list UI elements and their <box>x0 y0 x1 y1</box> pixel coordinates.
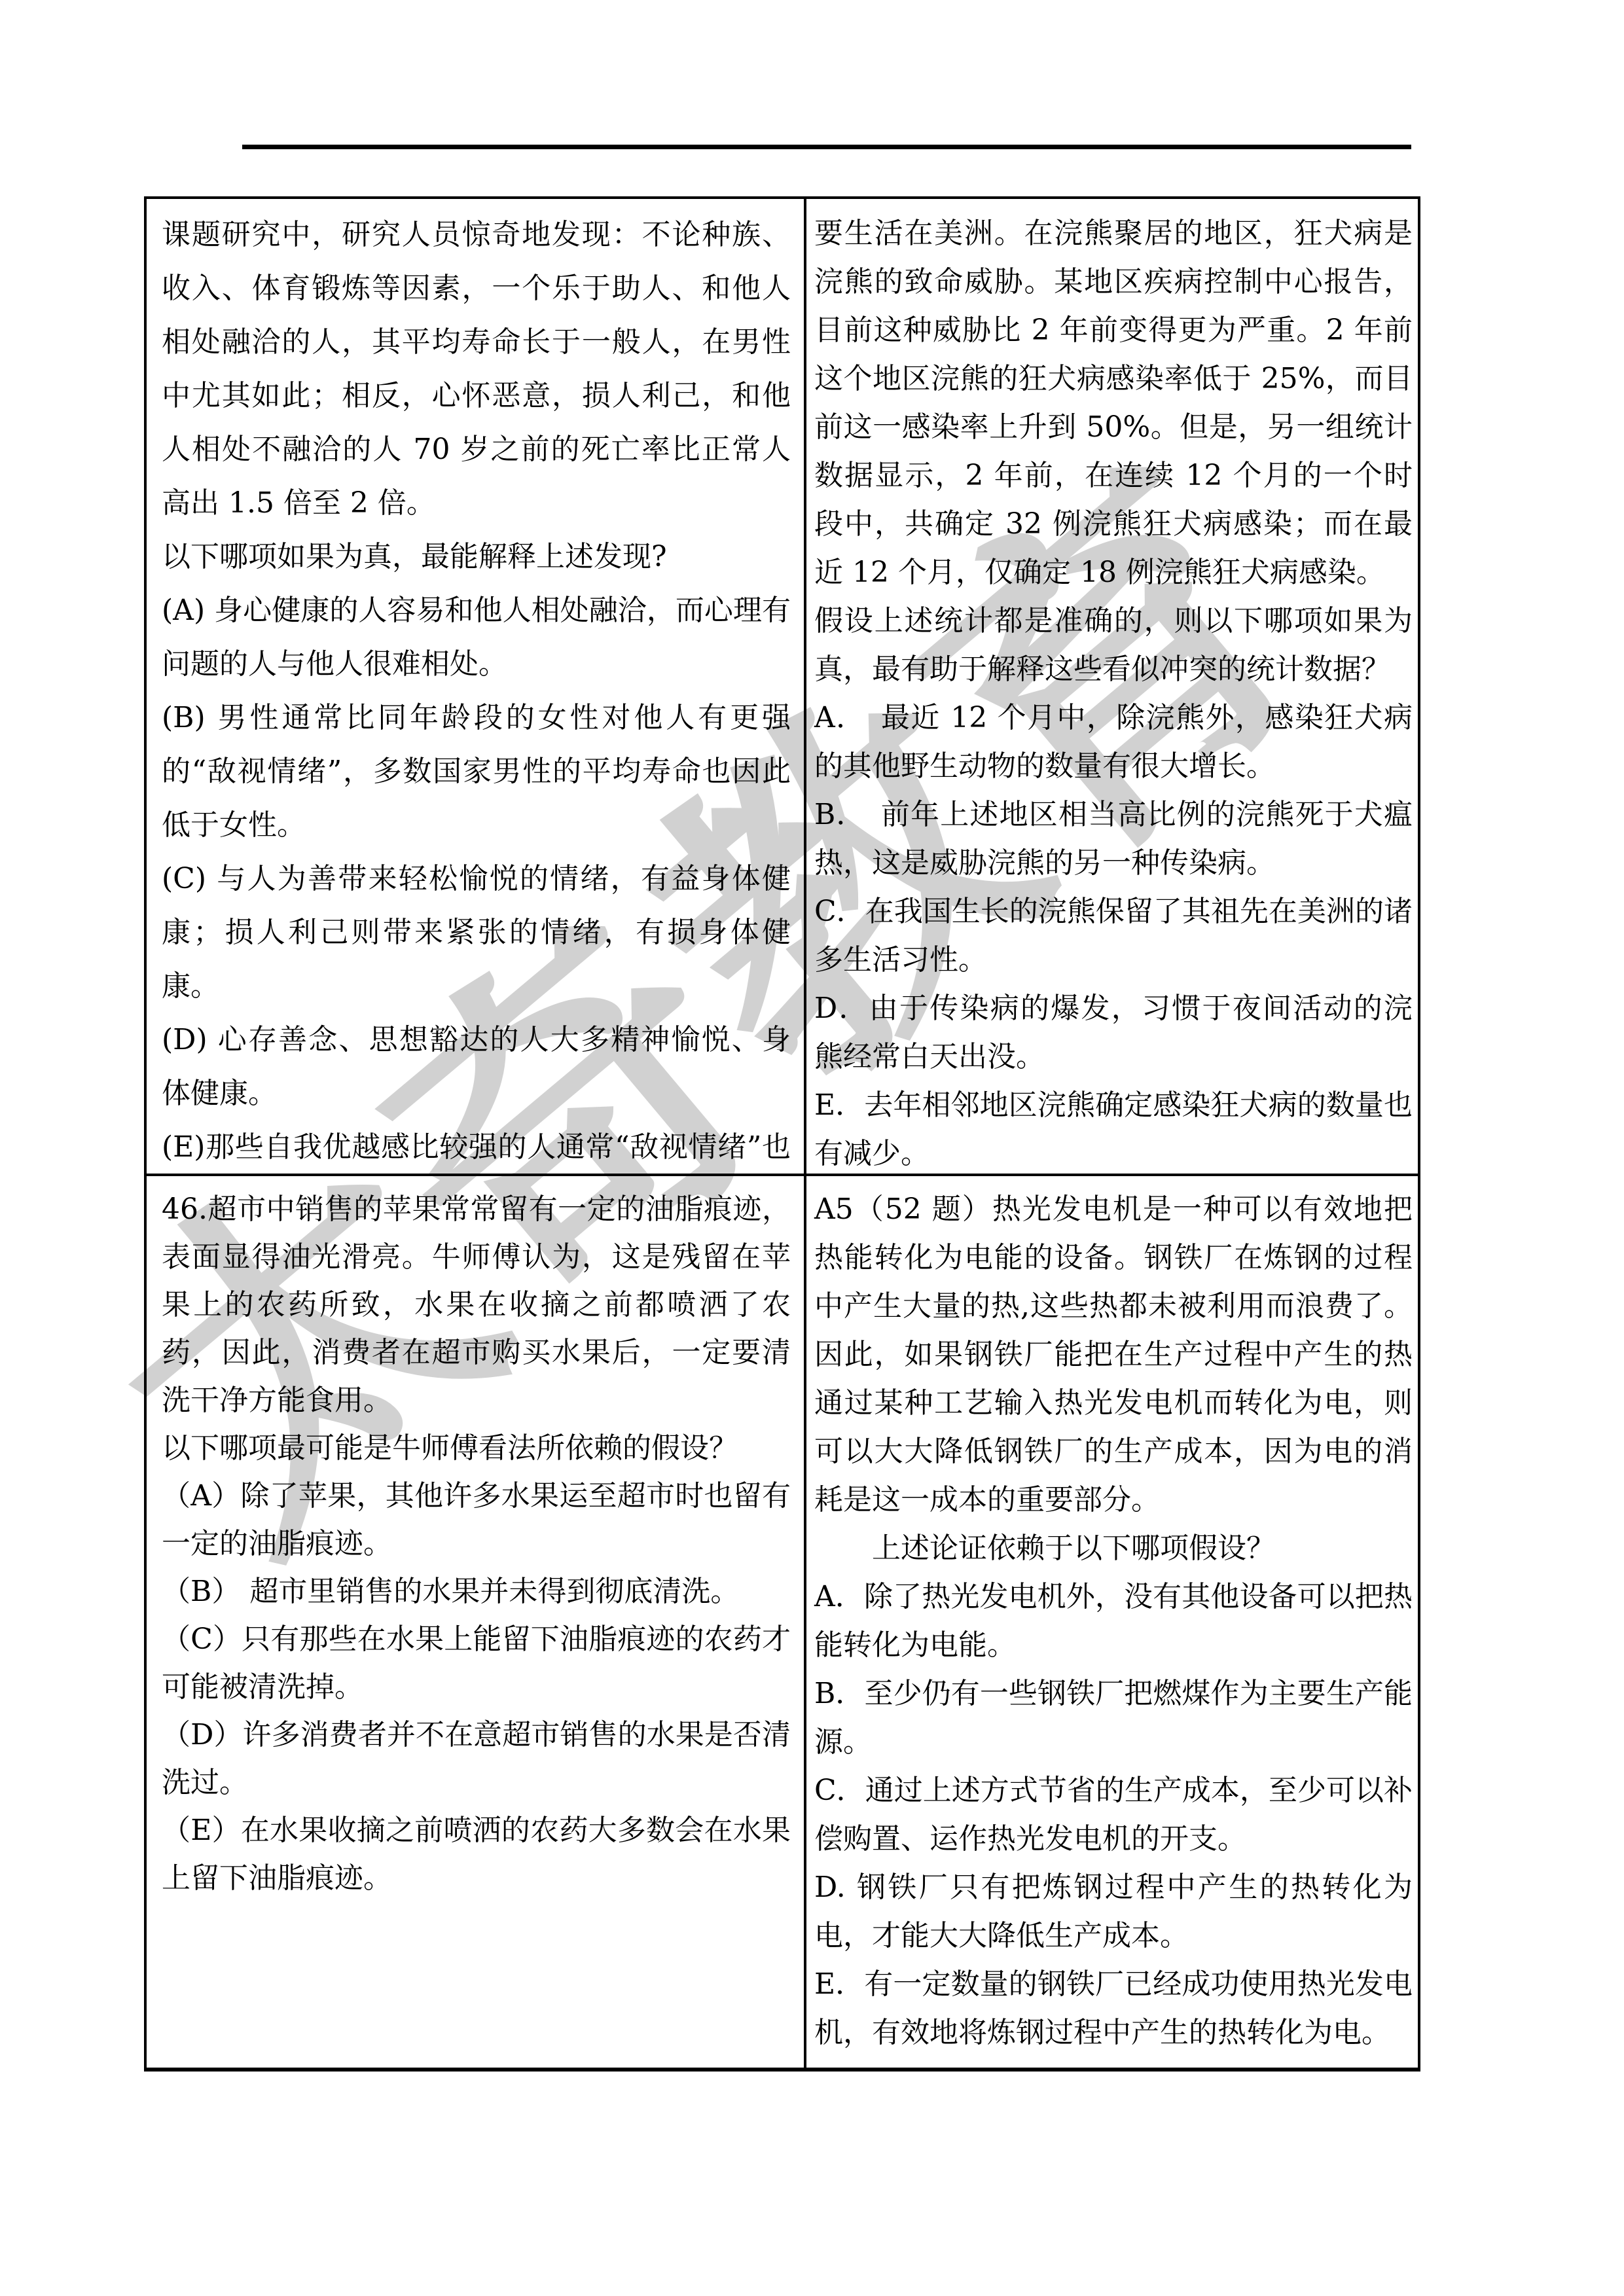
paragraph: B．至少仍有一些钢铁厂把燃煤作为主要生产能源。 <box>814 1670 1413 1767</box>
header-rule <box>242 145 1411 149</box>
paragraph: (E)那些自我优越感比较强的人通常“敌视情绪”也比较强，他们长时间处于紧张状态。 <box>162 1121 791 1176</box>
paragraph: (B) 男性通常比同年龄段的女性对他人有更强的“敌视情绪”，多数国家男性的平均寿… <box>162 691 791 852</box>
paragraph: B． 前年上述地区相当高比例的浣熊死于犬瘟热，这是威胁浣熊的另一种传染病。 <box>814 791 1413 888</box>
cell-row2-right-question52-thermophotovoltaic: A5（52 题）热光发电机是一种可以有效地把热能转化为电能的设备。钢铁厂在炼钢的… <box>806 1176 1418 2068</box>
paragraph: 要生活在美洲。在浣熊聚居的地区，狂犬病是浣熊的致命威胁。某地区疾病控制中心报告，… <box>814 209 1413 597</box>
paragraph: 以下哪项最可能是牛师傅看法所依赖的假设？ <box>162 1424 791 1472</box>
paragraph: C．通过上述方式节省的生产成本，至少可以补偿购置、运作热光发电机的开支。 <box>814 1767 1413 1863</box>
page: 太奇教育 课题研究中，研究人员惊奇地发现：不论种族、收入、体育锻炼等因素，一个乐… <box>0 0 1624 2296</box>
cell-row1-right-raccoon-rabies-question: 要生活在美洲。在浣熊聚居的地区，狂犬病是浣熊的致命威胁。某地区疾病控制中心报告，… <box>806 199 1418 1176</box>
paragraph: C．在我国生长的浣熊保留了其祖先在美洲的诸多生活习性。 <box>814 888 1413 984</box>
paragraph: E．去年相邻地区浣熊确定感染狂犬病的数量也有减少。 <box>814 1081 1413 1176</box>
paragraph: 课题研究中，研究人员惊奇地发现：不论种族、收入、体育锻炼等因素，一个乐于助人、和… <box>162 208 791 530</box>
paragraph: D．由于传染病的爆发，习惯于夜间活动的浣熊经常白天出没。 <box>814 984 1413 1081</box>
paragraph: （B） 超市里销售的水果并未得到彻底清洗。 <box>162 1568 791 1615</box>
paragraph: （D）许多消费者并不在意超市销售的水果是否清洗过。 <box>162 1711 791 1806</box>
paragraph: E．有一定数量的钢铁厂已经成功使用热光发电机，有效地将炼钢过程中产生的热转化为电… <box>814 1960 1413 2057</box>
cell-row1-left-question45-longevity: 课题研究中，研究人员惊奇地发现：不论种族、收入、体育锻炼等因素，一个乐于助人、和… <box>147 199 806 1176</box>
paragraph: （A）除了苹果，其他许多水果运至超市时也留有一定的油脂痕迹。 <box>162 1472 791 1568</box>
paragraph: 假设上述统计都是准确的，则以下哪项如果为真，最有助于解释这些看似冲突的统计数据？ <box>814 597 1413 694</box>
questions-table: 课题研究中，研究人员惊奇地发现：不论种族、收入、体育锻炼等因素，一个乐于助人、和… <box>144 196 1420 2072</box>
paragraph: 上述论证依赖于以下哪项假设？ <box>814 1524 1413 1573</box>
paragraph: A．除了热光发电机外，没有其他设备可以把热能转化为电能。 <box>814 1573 1413 1670</box>
paragraph: (A) 身心健康的人容易和他人相处融洽，而心理有问题的人与他人很难相处。 <box>162 584 791 691</box>
paragraph: （C）只有那些在水果上能留下油脂痕迹的农药才可能被清洗掉。 <box>162 1615 791 1711</box>
paragraph: (D) 心存善念、思想豁达的人大多精神愉悦、身体健康。 <box>162 1013 791 1121</box>
paragraph: 以下哪项如果为真，最能解释上述发现? <box>162 530 791 584</box>
paragraph: A5（52 题）热光发电机是一种可以有效地把热能转化为电能的设备。钢铁厂在炼钢的… <box>814 1185 1413 1524</box>
paragraph: D. 钢铁厂只有把炼钢过程中产生的热转化为电，才能大大降低生产成本。 <box>814 1863 1413 1960</box>
paragraph: （E）在水果收摘之前喷洒的农药大多数会在水果上留下油脂痕迹。 <box>162 1806 791 1902</box>
paragraph: A． 最近 12 个月中，除浣熊外，感染狂犬病的其他野生动物的数量有很大增长。 <box>814 694 1413 791</box>
cell-row2-left-question46-apples: 46.超市中销售的苹果常常留有一定的油脂痕迹，表面显得油光滑亮。牛师傅认为，这是… <box>147 1176 806 2068</box>
paragraph: 46.超市中销售的苹果常常留有一定的油脂痕迹，表面显得油光滑亮。牛师傅认为，这是… <box>162 1185 791 1424</box>
paragraph: (C) 与人为善带来轻松愉悦的情绪，有益身体健康；损人利己则带来紧张的情绪，有损… <box>162 852 791 1013</box>
